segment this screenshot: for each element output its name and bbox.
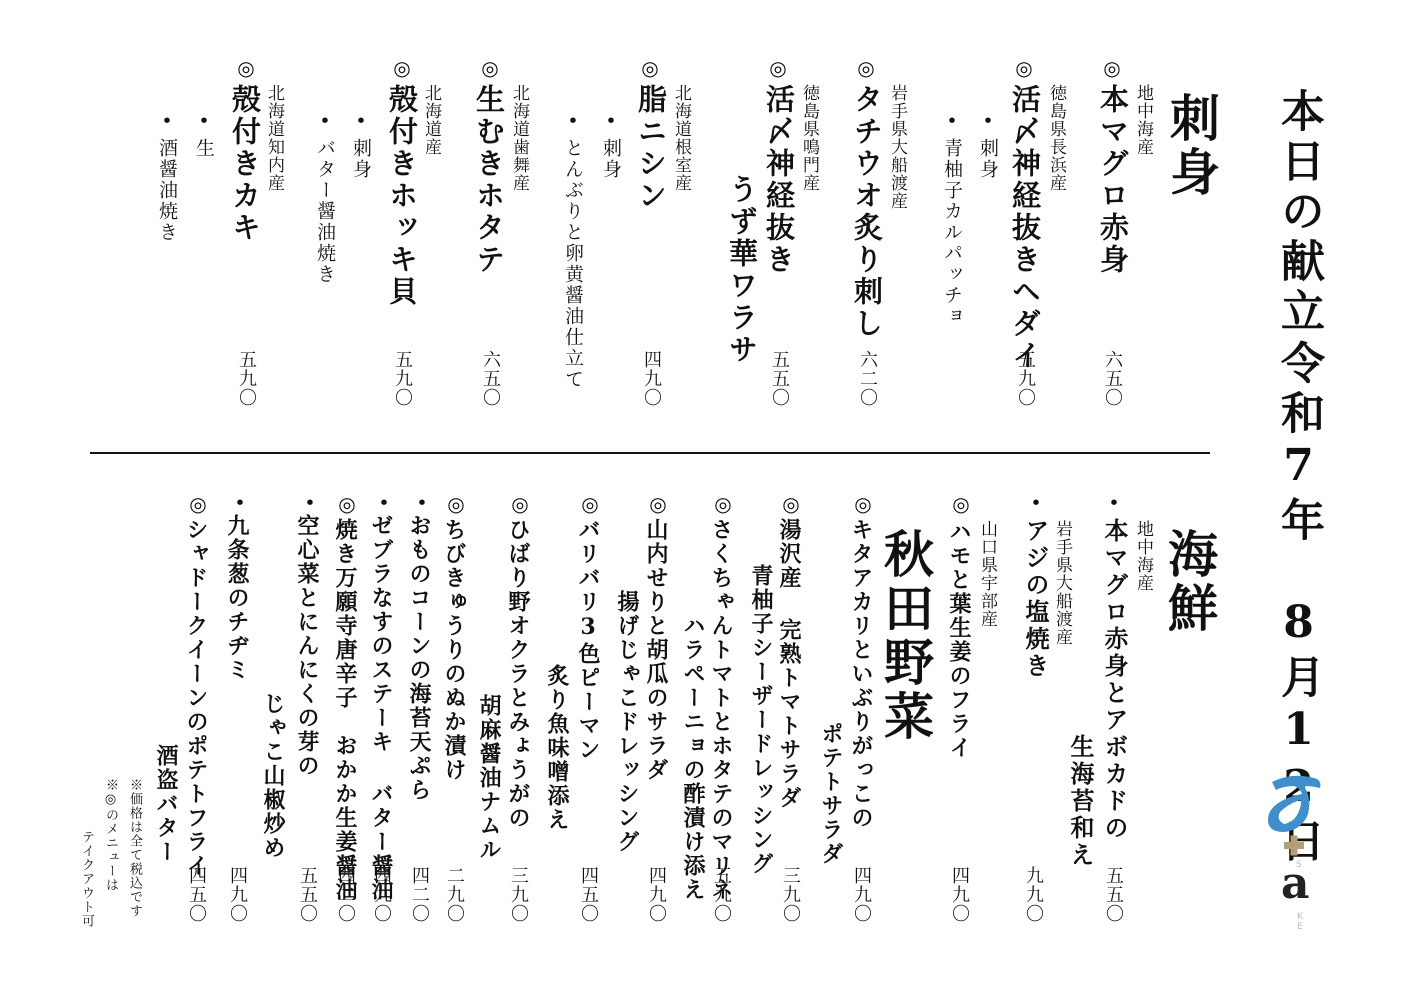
- item-price: 四九〇: [228, 866, 246, 923]
- item-origin: 地中海産: [1134, 84, 1151, 156]
- takeout-mark-icon: ◎: [781, 492, 801, 516]
- item-price: 三九〇: [509, 866, 527, 923]
- bullet-icon: •: [601, 110, 620, 134]
- takeout-mark-icon: ◎: [951, 492, 971, 516]
- item-price: 四五〇: [579, 866, 597, 923]
- item-option: 刺身: [601, 138, 620, 180]
- item-origin: 山口県宇部産: [978, 520, 995, 628]
- bullet-icon: •: [1104, 492, 1123, 516]
- item-price: 六五〇: [1103, 350, 1121, 407]
- item-price: 四九〇: [647, 866, 665, 923]
- item-price: 四九〇: [372, 866, 390, 923]
- item-origin: 徳島県長浜産: [1047, 84, 1064, 192]
- item-name: 本マグロ赤身: [1098, 84, 1127, 276]
- item-name: 湯沢産 完熟トマトサラダ: [778, 518, 800, 810]
- item-name: おものコーンの海苔天ぷら: [408, 514, 430, 802]
- takeout-mark-icon: ◎: [188, 492, 208, 516]
- item-price: 四五〇: [187, 866, 205, 923]
- note-takeout-cont: テイクアウト可: [80, 830, 93, 928]
- bullet-icon: •: [194, 110, 213, 134]
- item-name: アジの塩焼き: [1023, 518, 1047, 680]
- takeout-mark-icon: ◎: [640, 56, 660, 80]
- item-name: さくちゃんトマトとホタテのマリネ: [710, 518, 732, 902]
- item-name: ひばり野オクラとみょうがの: [507, 518, 529, 830]
- item-name-line2: じゃこ山椒炒め: [262, 692, 284, 860]
- takeout-mark-icon: ◎: [713, 492, 733, 516]
- takeout-mark-icon: ◎: [1014, 56, 1034, 80]
- item-name-line2: ポテトサラダ: [820, 722, 842, 866]
- item-name: バリバリ3色ピーマン: [577, 518, 599, 762]
- bullet-icon: •: [157, 110, 176, 134]
- bullet-icon: •: [351, 110, 370, 134]
- bullet-icon: •: [1026, 492, 1045, 516]
- takeout-mark-icon: ◎: [510, 492, 530, 516]
- item-origin: 岩手県大船渡産: [1053, 520, 1070, 646]
- item-name: 活〆神経抜き: [764, 84, 793, 276]
- item-name-line2: 揚げじゃこドレッシング: [616, 590, 638, 854]
- section-heading-sashimi: 刺身: [1166, 92, 1216, 200]
- bullet-icon: •: [300, 492, 319, 516]
- bullet-icon: •: [978, 110, 997, 134]
- item-name: 焼き万願寺唐辛子 おかか生姜醤油: [334, 518, 356, 902]
- item-origin: 北海道産: [422, 84, 439, 156]
- bullet-icon: •: [315, 110, 334, 134]
- bullet-icon: •: [230, 492, 249, 516]
- takeout-mark-icon: ◎: [392, 56, 412, 80]
- page-title: 本日の献立: [1276, 88, 1320, 338]
- item-name: 本マグロ赤身とアボカドの: [1102, 518, 1126, 842]
- item-price: 五五〇: [770, 350, 788, 407]
- item-name-line2: 胡麻醤油ナムル: [478, 694, 500, 862]
- section-divider: [90, 452, 1210, 454]
- item-name: シャドークイーンのポテトフライ: [185, 518, 207, 878]
- takeout-mark-icon: ◎: [337, 492, 357, 516]
- item-name-line2: ハラペーニョの酢漬け添え: [682, 614, 704, 902]
- item-name: 九条葱のチヂミ: [226, 514, 248, 682]
- item-price: 二九〇: [445, 866, 463, 923]
- item-name: 空心菜とにんにくの芽の: [296, 514, 318, 778]
- item-price: 五九〇: [712, 866, 730, 923]
- item-name: ゼブラなすのステーキ バター醤油: [370, 514, 392, 902]
- takeout-mark-icon: ◎: [853, 492, 873, 516]
- section-heading-seafood: 海鮮: [1164, 528, 1214, 636]
- item-price: 六二〇: [858, 350, 876, 407]
- item-name: 殻付きホッキ貝: [387, 84, 416, 308]
- item-name: 殻付きカキ: [230, 84, 259, 244]
- item-price: 四二〇: [336, 866, 354, 923]
- item-name-line2: 炙り魚味噌添え: [546, 664, 568, 832]
- bullet-icon: •: [563, 110, 582, 134]
- section-heading-vegetables: 秋田野菜: [880, 528, 930, 744]
- item-price: 四九〇: [950, 866, 968, 923]
- item-price: 四二〇: [410, 866, 428, 923]
- item-name: 山内せりと胡瓜のサラダ: [645, 518, 667, 782]
- item-price: 六五〇: [481, 350, 499, 407]
- item-price: 五五〇: [1104, 866, 1122, 923]
- takeout-mark-icon: ◎: [446, 492, 466, 516]
- item-price: 三九〇: [781, 866, 799, 923]
- item-origin: 北海道知内産: [265, 84, 282, 192]
- takeout-mark-icon: ◎: [580, 492, 600, 516]
- item-price: 九九〇: [1024, 866, 1042, 923]
- bullet-icon: •: [942, 110, 961, 134]
- item-name: タチウオ炙り刺し: [852, 84, 881, 340]
- logo-letter: a: [1281, 862, 1310, 906]
- item-origin: 地中海産: [1134, 520, 1151, 592]
- item-price: 五九〇: [393, 350, 411, 407]
- bullet-icon: •: [374, 492, 393, 516]
- restaurant-logo: S a KE: [1262, 768, 1332, 948]
- item-option: 刺身: [978, 138, 997, 180]
- item-option: 酒醤油焼き: [157, 138, 176, 243]
- item-name: ちびきゅうりのぬか漬け: [443, 518, 465, 782]
- item-price: 五九〇: [1016, 350, 1034, 407]
- takeout-mark-icon: ◎: [648, 492, 668, 516]
- item-origin: 徳島県鳴門産: [800, 84, 817, 192]
- takeout-mark-icon: ◎: [480, 56, 500, 80]
- note-takeout: ※◎のメニューは: [104, 778, 117, 892]
- item-name-line2: 青柚子シーザードレッシング: [750, 564, 772, 876]
- takeout-mark-icon: ◎: [236, 56, 256, 80]
- item-origin: 岩手県大船渡産: [888, 84, 905, 210]
- item-name-line2: 生海苔和え: [1068, 734, 1092, 869]
- item-option: 生: [194, 138, 213, 159]
- item-option: 青柚子カルパッチョ: [942, 138, 961, 327]
- item-name: ハモと葉生姜のフライ: [948, 520, 970, 760]
- item-name-line2: 酒盗バター: [155, 744, 177, 864]
- item-price: 四九〇: [852, 866, 870, 923]
- takeout-mark-icon: ◎: [1102, 56, 1122, 80]
- item-origin: 北海道根室産: [672, 84, 689, 192]
- item-option: 刺身: [351, 138, 370, 180]
- note-tax: ※価格は全て税込です: [128, 778, 141, 918]
- item-name-line2: うず華ワラサ: [727, 174, 756, 366]
- bullet-icon: •: [412, 492, 431, 516]
- item-name: 脂ニシン: [636, 84, 665, 212]
- item-name: キタアカリといぶりがっこの: [850, 518, 872, 830]
- item-option: とんぶりと卵黄醤油仕立て: [563, 138, 582, 390]
- logo-sub-ke: KE: [1295, 912, 1304, 932]
- takeout-mark-icon: ◎: [768, 56, 788, 80]
- item-price: 四九〇: [642, 350, 660, 407]
- takeout-mark-icon: ◎: [856, 56, 876, 80]
- item-price: 五五〇: [298, 866, 316, 923]
- item-option: バター醤油焼き: [315, 138, 334, 285]
- item-price: 五九〇: [237, 350, 255, 407]
- item-name: 活〆神経抜きヘダイ: [1010, 84, 1039, 372]
- item-origin: 北海道歯舞産: [510, 84, 527, 192]
- item-name: 生むきホタテ: [474, 84, 503, 276]
